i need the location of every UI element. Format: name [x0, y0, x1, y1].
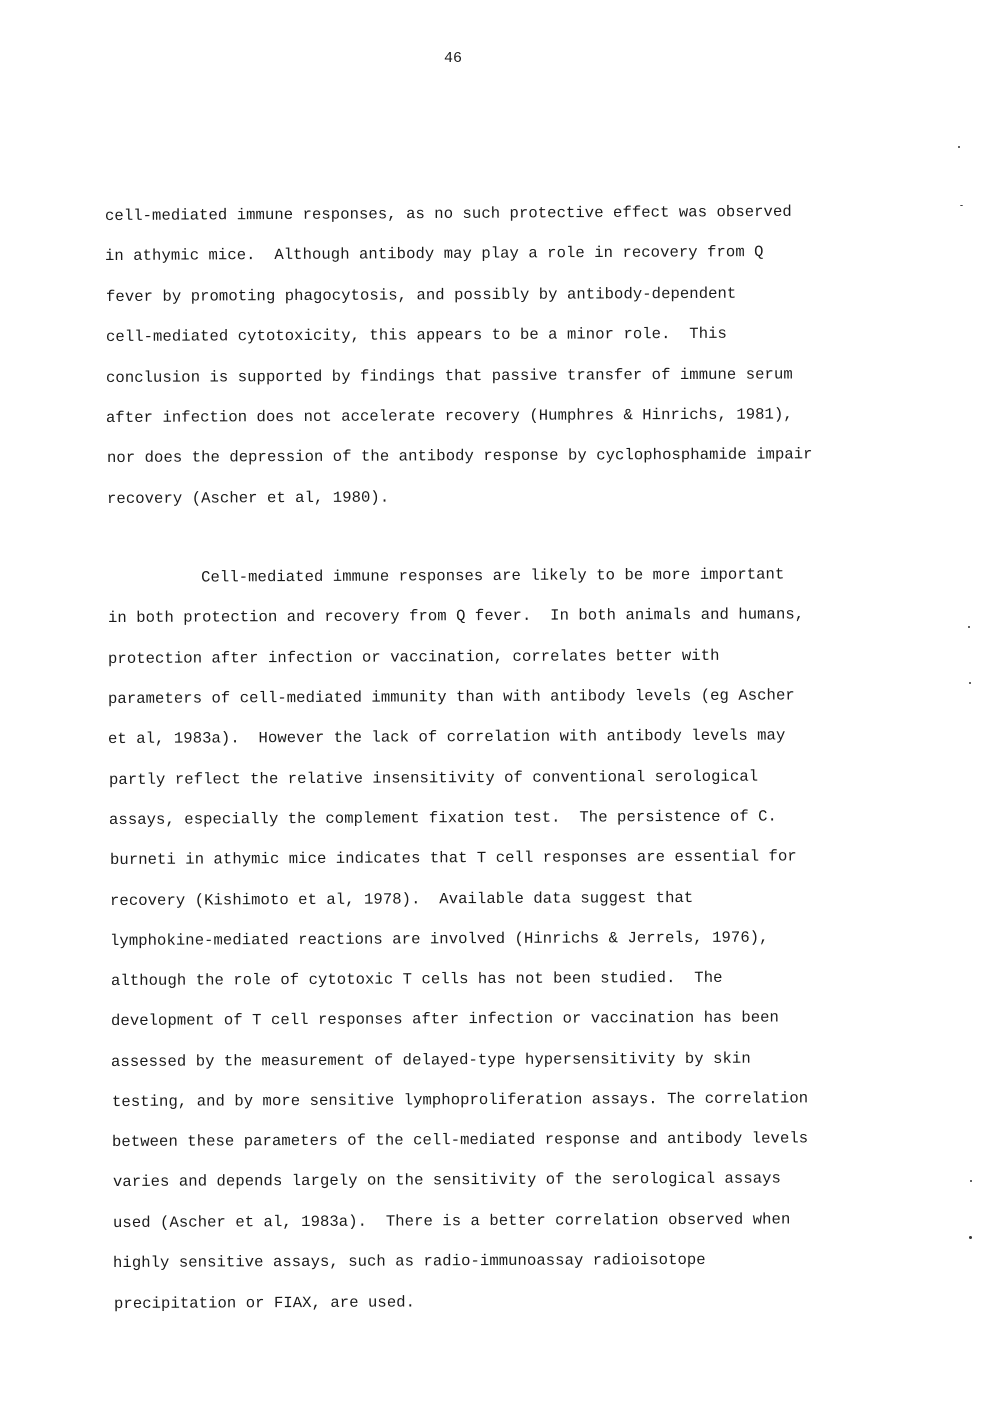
text-line: lymphokine-mediated reactions are involv…	[110, 928, 769, 951]
text-line: varies and depends largely on the sensit…	[113, 1169, 781, 1192]
text-line: assessed by the measurement of delayed-t…	[111, 1049, 751, 1072]
scan-speck	[970, 1180, 972, 1182]
text-line: Cell-mediated immune responses are likel…	[107, 564, 784, 588]
text-line: in athymic mice. Although antibody may p…	[105, 242, 764, 266]
text-line: burneti in athymic mice indicates that T…	[110, 846, 797, 870]
text-line: in both protection and recovery from Q f…	[108, 604, 804, 628]
scan-speck	[958, 146, 960, 148]
text-line: partly reflect the relative insensitivit…	[109, 767, 758, 790]
page-number: 46	[444, 50, 462, 67]
text-line: testing, and by more sensitive lymphopro…	[112, 1088, 808, 1112]
text-line: precipitation or FIAX, are used.	[114, 1292, 415, 1314]
text-line: nor does the depression of the antibody …	[107, 444, 813, 468]
text-line: conclusion is supported by findings that…	[106, 364, 793, 388]
text-line: cell-mediated cytotoxicity, this appears…	[106, 324, 727, 347]
text-line: after infection does not accelerate reco…	[106, 404, 793, 428]
text-line: parameters of cell-mediated immunity tha…	[108, 685, 795, 709]
text-line: recovery (Kishimoto et al, 1978). Availa…	[110, 888, 693, 911]
text-line: highly sensitive assays, such as radio-i…	[113, 1250, 706, 1273]
text-line: between these parameters of the cell-med…	[112, 1128, 808, 1152]
scan-speck	[968, 626, 970, 628]
text-line: fever by promoting phagocytosis, and pos…	[106, 284, 736, 307]
scan-speck	[969, 1236, 972, 1239]
scan-speck	[960, 205, 963, 206]
text-line: et al, 1983a). However the lack of corre…	[108, 725, 785, 749]
text-line: used (Ascher et al, 1983a). There is a b…	[113, 1209, 790, 1233]
text-line: assays, especially the complement fixati…	[109, 807, 777, 830]
text-line: although the role of cytotoxic T cells h…	[111, 968, 723, 991]
text-line: development of T cell responses after in…	[111, 1008, 779, 1031]
scan-speck	[969, 682, 971, 684]
text-line: recovery (Ascher et al, 1980).	[107, 488, 389, 509]
text-line: cell-mediated immune responses, as no su…	[105, 202, 792, 226]
text-line: protection after infection or vaccinatio…	[108, 646, 720, 669]
